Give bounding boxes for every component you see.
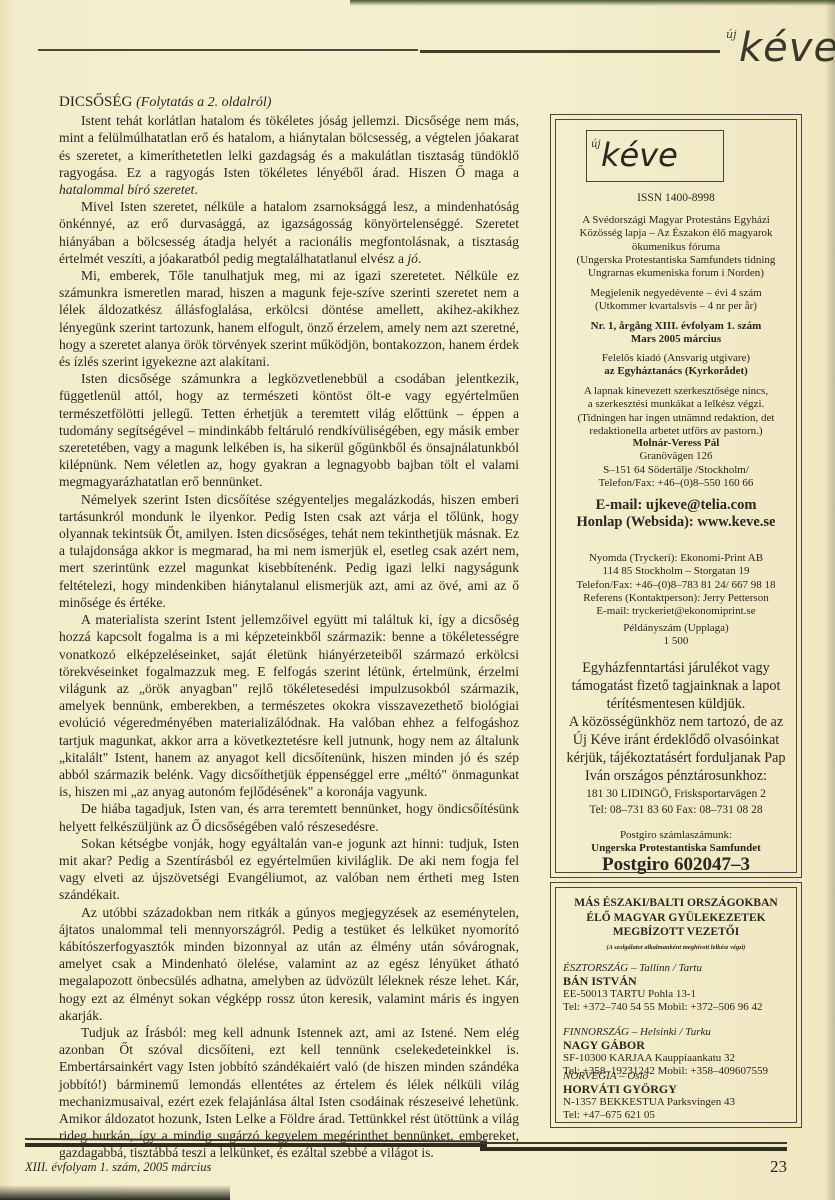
scan-edge-shadow bbox=[350, 0, 835, 6]
scan-edge-shadow bbox=[0, 1185, 230, 1200]
leaders-box: MÁS ÉSZAKI/BALTI ORSZÁGOKBANÉLŐ MAGYAR G… bbox=[550, 882, 802, 1128]
paragraph: De hiába tagadjuk, Isten van, és arra te… bbox=[59, 800, 519, 834]
postgiro-info: Postgiro számlaszámunk: Ungerska Protest… bbox=[556, 829, 796, 856]
article-title-text: DICSŐSÉG bbox=[59, 94, 132, 110]
website-link[interactable]: Honlap (Websida): www.keve.se bbox=[556, 514, 796, 531]
issue-info: Nr. 1, årgång XIII. évfolyam 1. számMars… bbox=[556, 320, 796, 347]
postgiro-number: Postgiro 602047–3 bbox=[556, 854, 796, 876]
publisher: Felelős kiadó (Ansvarig utgivare)az Egyh… bbox=[556, 352, 796, 379]
leader-estonia: ÉSZTORSZÁG – Tallinn / Tartu BÁN ISTVÁN … bbox=[563, 962, 792, 1014]
colophon-inner-frame: új kéve ISSN 1400-8998 A Svédországi Mag… bbox=[555, 119, 797, 873]
support-notice: Egyházfenntartási járulékot vagytámogatá… bbox=[556, 659, 796, 785]
description: A Svédországi Magyar Protestáns EgyháziK… bbox=[556, 214, 796, 280]
article-body: DICSŐSÉG (Folytatás a 2. oldalról) Isten… bbox=[59, 94, 519, 1162]
print-run: Példányszám (Upplaga)1 500 bbox=[556, 622, 796, 649]
colophon-logo: új kéve bbox=[586, 130, 724, 182]
page-number: 23 bbox=[770, 1157, 787, 1177]
paragraph: Istent tehát korlátlan hatalom és tökéle… bbox=[59, 112, 519, 198]
treasurer-contact: 181 30 LIDINGÖ, Frisksportarvägen 2Tel: … bbox=[556, 786, 796, 818]
leader-norway: NORVÉGIA – Oslo HORVÁTI GYÖRGY N-1357 BE… bbox=[563, 1070, 792, 1122]
paragraph: Némelyek szerint Isten dicsőítése szégye… bbox=[59, 491, 519, 611]
editorial-note: A lapnak kinevezett szerkesztősége nincs… bbox=[556, 385, 796, 438]
email-link[interactable]: E-mail: ujkeve@telia.com bbox=[556, 497, 796, 514]
pastor-contact: Molnár-Veress Pál Granövägen 126S–151 64… bbox=[556, 437, 796, 490]
header-rule-thick bbox=[420, 50, 720, 53]
footer-rule-thick bbox=[480, 1147, 787, 1151]
frequency: Megjelenik negyedévente – évi 4 szám(Utk… bbox=[556, 287, 796, 314]
masthead-uj: új bbox=[726, 28, 737, 41]
masthead-keve: kéve bbox=[739, 24, 835, 72]
paragraph: Mivel Isten szeretet, nélküle a hatalom … bbox=[59, 198, 519, 267]
leaders-inner-frame: MÁS ÉSZAKI/BALTI ORSZÁGOKBANÉLŐ MAGYAR G… bbox=[555, 887, 797, 1123]
issn: ISSN 1400-8998 bbox=[556, 192, 796, 205]
scan-edge-shadow bbox=[825, 0, 835, 1200]
paragraph: Mi, emberek, Tőle tanulhatjuk meg, mi az… bbox=[59, 267, 519, 370]
colophon-box: új kéve ISSN 1400-8998 A Svédországi Mag… bbox=[550, 114, 802, 878]
footer-rule bbox=[480, 1142, 787, 1144]
paragraph: Sokan kétségbe vonják, hogy egyáltalán v… bbox=[59, 835, 519, 904]
printer-info: Nyomda (Tryckeri): Ekonomi-Print AB114 8… bbox=[556, 552, 796, 618]
paragraph: Az utóbbi századokban nem ritkák a gúnyo… bbox=[59, 904, 519, 1024]
leaders-note: (A szolgálatot alkalmanként meghívott le… bbox=[556, 944, 796, 951]
masthead-logo: új kéve bbox=[722, 22, 832, 72]
continuation-note: (Folytatás a 2. oldalról) bbox=[136, 95, 271, 110]
paragraph: A materialista szerint Istent jellemzőiv… bbox=[59, 611, 519, 800]
footer-rule-thick bbox=[25, 1143, 487, 1147]
magazine-page: új kéve DICSŐSÉG (Folytatás a 2. oldalró… bbox=[0, 0, 835, 1200]
header-rule bbox=[38, 49, 418, 51]
leaders-heading: MÁS ÉSZAKI/BALTI ORSZÁGOKBANÉLŐ MAGYAR G… bbox=[556, 896, 796, 940]
article-title: DICSŐSÉG (Folytatás a 2. oldalról) bbox=[59, 94, 519, 111]
footer-issue: XIII. évfolyam 1. szám, 2005 március bbox=[25, 1160, 211, 1175]
paragraph: Isten dicsősége számunkra a legközvetlen… bbox=[59, 370, 519, 490]
